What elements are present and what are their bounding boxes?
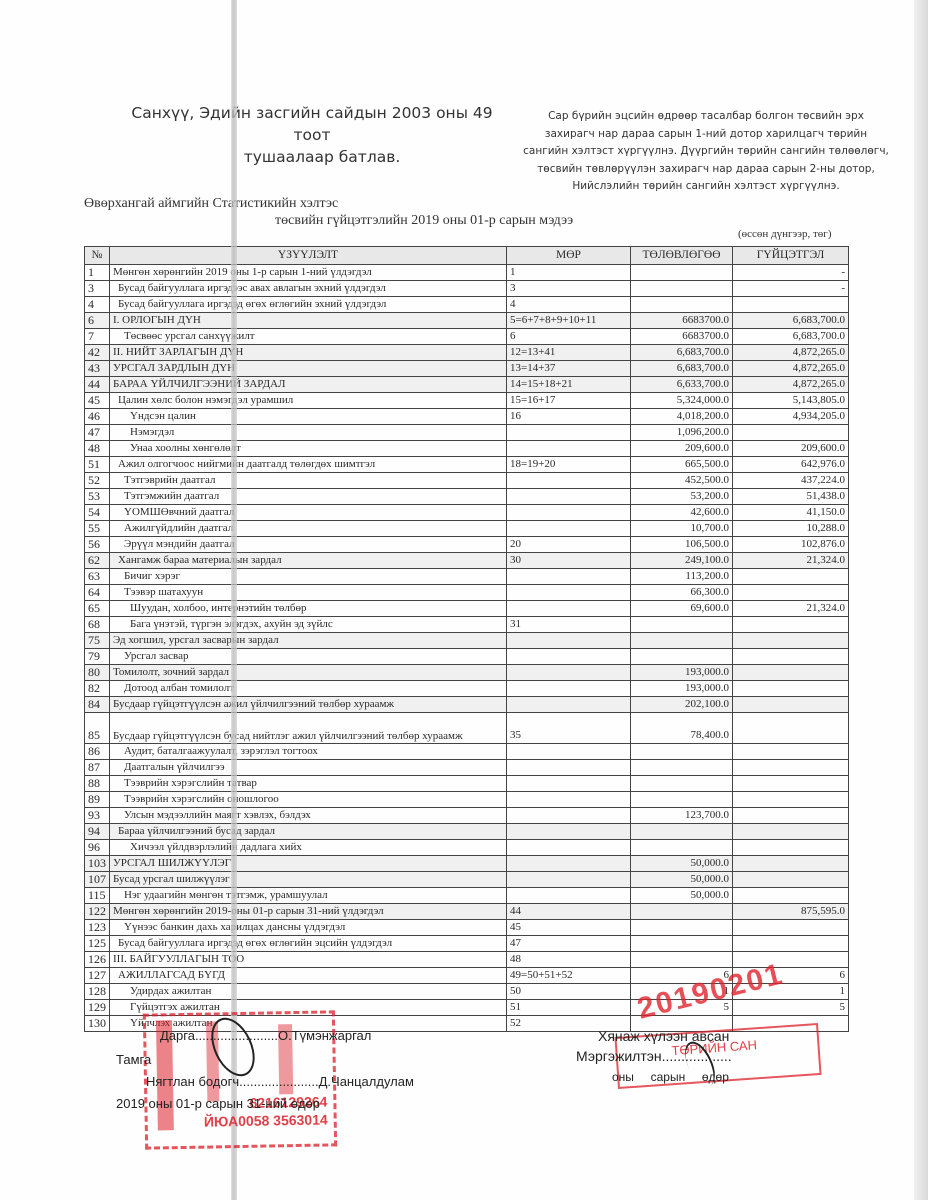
cell-number: 125 — [85, 936, 110, 952]
cell-plan: 50,000.0 — [631, 872, 733, 888]
cell-plan — [631, 904, 733, 920]
cell-actual — [733, 872, 849, 888]
cell-actual: 6,683,700.0 — [733, 313, 849, 329]
cell-plan: 78,400.0 — [631, 713, 733, 744]
table-row: 63Бичиг хэрэг113,200.0 — [85, 569, 849, 585]
cell-indicator: АЖИЛЛАГСАД БҮГД — [110, 968, 507, 984]
cell-actual: 4,872,265.0 — [733, 361, 849, 377]
cell-plan — [631, 952, 733, 968]
cell-actual: 102,876.0 — [733, 537, 849, 553]
cell-actual — [733, 744, 849, 760]
cell-number: 82 — [85, 681, 110, 697]
cell-indicator: Бичиг хэрэг — [110, 569, 507, 585]
cell-plan — [631, 744, 733, 760]
cell-row-formula: 12=13+41 — [507, 345, 631, 361]
cell-row-formula — [507, 840, 631, 856]
cell-row-formula — [507, 792, 631, 808]
note-line: Нийслэлийн төрийн сангийн хэлтэст хүргүү… — [506, 178, 906, 196]
cell-number: 75 — [85, 633, 110, 649]
cell-actual — [733, 920, 849, 936]
cell-row-formula — [507, 824, 631, 840]
cell-number: 85 — [85, 713, 110, 744]
report-title: төсвийн гүйцэтгэлийн 2019 оны 01-р сарын… — [275, 213, 573, 229]
table-row: 68Бага үнэтэй, түргэн элэгдэх, ахуйн эд … — [85, 617, 849, 633]
cell-indicator: Бусад байгууллага иргэдэд өгөх өглөгийн … — [110, 297, 507, 313]
cell-indicator: Ажил олгогчоос нийгмийн даатгалд төлөгдө… — [110, 457, 507, 473]
cell-row-formula — [507, 441, 631, 457]
note-line: Сар бүрийн эцсийн өдрөөр тасалбар болгон… — [506, 108, 906, 126]
cell-indicator: III. БАЙГУУЛЛАГЫН ТОО — [110, 952, 507, 968]
cell-plan: 665,500.0 — [631, 457, 733, 473]
cell-plan — [631, 265, 733, 281]
table-row: 65Шуудан, холбоо, интернэтийн төлбөр69,6… — [85, 601, 849, 617]
table-row: 86Аудит, баталгаажуулалт, зэрэглэл тогто… — [85, 744, 849, 760]
table-row: 64Тээвэр шатахуун66,300.0 — [85, 585, 849, 601]
cell-actual — [733, 425, 849, 441]
cell-number: 130 — [85, 1016, 110, 1032]
cell-actual — [733, 713, 849, 744]
cell-number: 107 — [85, 872, 110, 888]
cell-indicator: Дотоод албан томилолт — [110, 681, 507, 697]
cell-actual — [733, 808, 849, 824]
cell-plan — [631, 840, 733, 856]
cell-actual — [733, 936, 849, 952]
table-row: 51Ажил олгогчоос нийгмийн даатгалд төлөг… — [85, 457, 849, 473]
cell-plan: 209,600.0 — [631, 441, 733, 457]
cell-number: 1 — [85, 265, 110, 281]
cell-actual: 41,150.0 — [733, 505, 849, 521]
cell-actual: 642,976.0 — [733, 457, 849, 473]
cell-row-formula: 13=14+37 — [507, 361, 631, 377]
scan-edge — [914, 0, 928, 1200]
cell-indicator: Мөнгөн хөрөнгийн 2019-оны 01-р сарын 31-… — [110, 904, 507, 920]
cell-indicator: Томилолт, зочний зардал — [110, 665, 507, 681]
cell-number: 96 — [85, 840, 110, 856]
cell-number: 4 — [85, 297, 110, 313]
cell-plan — [631, 920, 733, 936]
cell-number: 68 — [85, 617, 110, 633]
cell-number: 45 — [85, 393, 110, 409]
cell-row-formula — [507, 856, 631, 872]
cell-indicator: Тээвэр шатахуун — [110, 585, 507, 601]
cell-plan: 6,683,700.0 — [631, 345, 733, 361]
cell-row-formula — [507, 633, 631, 649]
table-row: 52Тэтгэврийн даатгал452,500.0437,224.0 — [85, 473, 849, 489]
table-row: 43УРСГАЛ ЗАРДЛЫН ДҮН13=14+376,683,700.04… — [85, 361, 849, 377]
approval-line-2: тушаалаар батлав. — [112, 146, 512, 168]
cell-indicator: Бусад байгууллага иргэдэд өгөх өглөгийн … — [110, 936, 507, 952]
cell-row-formula — [507, 776, 631, 792]
cell-actual: 5 — [733, 1000, 849, 1016]
cell-plan — [631, 936, 733, 952]
cell-indicator: Улсын мэдээллийн маягт хэвлэх, бэлдэх — [110, 808, 507, 824]
organization-name: Өвөрхангай аймгийн Статистикийн хэлтэс — [84, 196, 338, 212]
table-row: 80Томилолт, зочний зардал193,000.0 — [85, 665, 849, 681]
cell-row-formula — [507, 649, 631, 665]
cell-row-formula: 45 — [507, 920, 631, 936]
cell-actual — [733, 697, 849, 713]
cell-plan: 5,324,000.0 — [631, 393, 733, 409]
cell-number: 43 — [85, 361, 110, 377]
cell-actual — [733, 856, 849, 872]
cell-number: 56 — [85, 537, 110, 553]
cell-indicator: I. ОРЛОГЫН ДҮН — [110, 313, 507, 329]
cell-row-formula: 47 — [507, 936, 631, 952]
cell-number: 122 — [85, 904, 110, 920]
cell-plan: 50,000.0 — [631, 888, 733, 904]
table-row: 7Төсвөөс урсгал санхүүжилт66683700.06,68… — [85, 329, 849, 345]
cell-indicator: Бага үнэтэй, түргэн элэгдэх, ахуйн эд зү… — [110, 617, 507, 633]
cell-indicator: ҮОМШӨвчний даатгал — [110, 505, 507, 521]
cell-indicator: Үндсэн цалин — [110, 409, 507, 425]
cell-row-formula: 1 — [507, 265, 631, 281]
table-row: 125Бусад байгууллага иргэдэд өгөх өглөги… — [85, 936, 849, 952]
cell-indicator: Бусдаар гүйцэтгүүлсэн бусад нийтлэг ажил… — [110, 713, 507, 744]
table-row: 93Улсын мэдээллийн маягт хэвлэх, бэлдэх1… — [85, 808, 849, 824]
cell-number: 64 — [85, 585, 110, 601]
cell-actual: 10,288.0 — [733, 521, 849, 537]
cell-indicator: Унаа хоолны хөнгөлөлт — [110, 441, 507, 457]
cell-actual — [733, 617, 849, 633]
cell-row-formula: 51 — [507, 1000, 631, 1016]
cell-actual: 437,224.0 — [733, 473, 849, 489]
cell-number: 7 — [85, 329, 110, 345]
table-row: 87Даатгалын үйлчилгээ — [85, 760, 849, 776]
cell-plan — [631, 824, 733, 840]
cell-row-formula: 14=15+18+21 — [507, 377, 631, 393]
cell-number: 6 — [85, 313, 110, 329]
table-row: 107Бусад урсгал шилжүүлэг50,000.0 — [85, 872, 849, 888]
cell-indicator: Хичээл үйлдвэрлэлийн дадлага хийх — [110, 840, 507, 856]
director-signature-line: Дарга.......................О.Түмэнжарга… — [160, 1028, 371, 1043]
cell-plan: 193,000.0 — [631, 681, 733, 697]
cell-actual — [733, 792, 849, 808]
cell-plan — [631, 297, 733, 313]
note-line: сангийн хэлтэст хүргүүлнэ. Дүүргийн төри… — [506, 143, 906, 161]
table-row: 88Тээврийн хэрэгслийн татвар — [85, 776, 849, 792]
table-row: 53Тэтгэмжийн даатгал53,200.051,438.0 — [85, 489, 849, 505]
cell-plan — [631, 649, 733, 665]
cell-plan: 10,700.0 — [631, 521, 733, 537]
cell-plan: 42,600.0 — [631, 505, 733, 521]
cell-indicator: Даатгалын үйлчилгээ — [110, 760, 507, 776]
cell-row-formula — [507, 585, 631, 601]
table-row: 85Бусдаар гүйцэтгүүлсэн бусад нийтлэг аж… — [85, 713, 849, 744]
cell-number: 65 — [85, 601, 110, 617]
cell-row-formula — [507, 744, 631, 760]
cell-number: 55 — [85, 521, 110, 537]
cell-actual — [733, 569, 849, 585]
cell-actual — [733, 681, 849, 697]
budget-table: № ҮЗҮҮЛЭЛТ МӨР ТӨЛӨВЛӨГӨӨ ГҮЙЦЭТГЭЛ 1Мөн… — [84, 246, 849, 1032]
cell-number: 127 — [85, 968, 110, 984]
cell-plan: 452,500.0 — [631, 473, 733, 489]
cell-number: 54 — [85, 505, 110, 521]
cell-row-formula — [507, 665, 631, 681]
col-header-indicator: ҮЗҮҮЛЭЛТ — [110, 247, 507, 265]
cell-row-formula: 4 — [507, 297, 631, 313]
cell-number: 89 — [85, 792, 110, 808]
cell-actual — [733, 649, 849, 665]
cell-row-formula: 3 — [507, 281, 631, 297]
cell-row-formula — [507, 489, 631, 505]
cell-number: 51 — [85, 457, 110, 473]
cell-row-formula: 5=6+7+8+9+10+11 — [507, 313, 631, 329]
cell-indicator: Эрүүл мэндийн даатгал — [110, 537, 507, 553]
table-row: 54ҮОМШӨвчний даатгал42,600.041,150.0 — [85, 505, 849, 521]
table-header-row: № ҮЗҮҮЛЭЛТ МӨР ТӨЛӨВЛӨГӨӨ ГҮЙЦЭТГЭЛ — [85, 247, 849, 265]
cell-row-formula — [507, 569, 631, 585]
cell-indicator: Бусдаар гүйцэтгүүлсэн ажил үйлчилгээний … — [110, 697, 507, 713]
cell-row-formula: 49=50+51+52 — [507, 968, 631, 984]
cell-number: 63 — [85, 569, 110, 585]
cell-row-formula — [507, 505, 631, 521]
cell-plan: 1,096,200.0 — [631, 425, 733, 441]
cell-number: 128 — [85, 984, 110, 1000]
cell-row-formula: 50 — [507, 984, 631, 1000]
cell-actual — [733, 665, 849, 681]
cell-indicator: Тээврийн хэрэгслийн оношлогоо — [110, 792, 507, 808]
cell-plan: 6,633,700.0 — [631, 377, 733, 393]
cell-indicator: Үүнээс банкин дахь харилцах дансны үлдэг… — [110, 920, 507, 936]
cell-row-formula — [507, 872, 631, 888]
cell-actual: 4,872,265.0 — [733, 377, 849, 393]
cell-number: 126 — [85, 952, 110, 968]
cell-indicator: Цалин хөлс болон нэмэгдэл урамшил — [110, 393, 507, 409]
cell-indicator: Эд хогшил, урсгал засварын зардал — [110, 633, 507, 649]
cell-actual — [733, 776, 849, 792]
table-row: 123Үүнээс банкин дахь харилцах дансны үл… — [85, 920, 849, 936]
cell-number: 94 — [85, 824, 110, 840]
table-row: 96Хичээл үйлдвэрлэлийн дадлага хийх — [85, 840, 849, 856]
review-date-line: оны сарын өдөр — [612, 1070, 729, 1084]
report-date: 2019 оны 01-р сарын 31-ний өдөр — [116, 1096, 320, 1111]
cell-row-formula: 20 — [507, 537, 631, 553]
cell-row-formula: 31 — [507, 617, 631, 633]
cell-indicator: Тээврийн хэрэгслийн татвар — [110, 776, 507, 792]
approval-heading: Санхүү, Эдийн засгийн сайдын 2003 оны 49… — [112, 102, 512, 168]
cell-row-formula — [507, 808, 631, 824]
cell-plan: 249,100.0 — [631, 553, 733, 569]
cell-row-formula: 35 — [507, 713, 631, 744]
table-row: 44БАРАА ҮЙЛЧИЛГЭЭНИЙ ЗАРДАЛ14=15+18+216,… — [85, 377, 849, 393]
table-row: 45Цалин хөлс болон нэмэгдэл урамшил15=16… — [85, 393, 849, 409]
cell-number: 86 — [85, 744, 110, 760]
cell-row-formula — [507, 697, 631, 713]
cell-row-formula: 18=19+20 — [507, 457, 631, 473]
table-row: 6I. ОРЛОГЫН ДҮН5=6+7+8+9+10+116683700.06… — [85, 313, 849, 329]
table-row: 89Тээврийн хэрэгслийн оношлогоо — [85, 792, 849, 808]
cell-plan — [631, 776, 733, 792]
table-row: 115Нэг удаагийн мөнгөн тэтгэмж, урамшуул… — [85, 888, 849, 904]
cell-plan: 4,018,200.0 — [631, 409, 733, 425]
cell-plan: 113,200.0 — [631, 569, 733, 585]
cell-indicator: Нэмэгдэл — [110, 425, 507, 441]
cell-actual: 4,934,205.0 — [733, 409, 849, 425]
cell-number: 53 — [85, 489, 110, 505]
table-row: 48Унаа хоолны хөнгөлөлт209,600.0209,600.… — [85, 441, 849, 457]
cell-indicator: Тэтгэмжийн даатгал — [110, 489, 507, 505]
cell-row-formula: 15=16+17 — [507, 393, 631, 409]
seal-label: Тамга — [116, 1052, 151, 1067]
cell-plan — [631, 281, 733, 297]
cell-actual — [733, 297, 849, 313]
cell-actual — [733, 633, 849, 649]
cell-actual — [733, 585, 849, 601]
cell-indicator: УРСГАЛ ШИЛЖҮҮЛЭГ — [110, 856, 507, 872]
table-row: 4Бусад байгууллага иргэдэд өгөх өглөгийн… — [85, 297, 849, 313]
cell-actual — [733, 824, 849, 840]
cell-plan: 202,100.0 — [631, 697, 733, 713]
cell-number: 52 — [85, 473, 110, 489]
cell-number: 129 — [85, 1000, 110, 1016]
cell-row-formula — [507, 681, 631, 697]
cell-plan: 69,600.0 — [631, 601, 733, 617]
cell-row-formula — [507, 760, 631, 776]
cell-number: 103 — [85, 856, 110, 872]
cell-indicator: Төсвөөс урсгал санхүүжилт — [110, 329, 507, 345]
cell-number: 115 — [85, 888, 110, 904]
seal-code-2: ЙЮА0058 3563014 — [204, 1111, 328, 1129]
cell-actual: 209,600.0 — [733, 441, 849, 457]
cell-row-formula: 6 — [507, 329, 631, 345]
col-header-no: № — [85, 247, 110, 265]
cell-number: 46 — [85, 409, 110, 425]
cell-row-formula — [507, 601, 631, 617]
cell-plan: 6,683,700.0 — [631, 361, 733, 377]
cell-actual: 4,872,265.0 — [733, 345, 849, 361]
cell-number: 3 — [85, 281, 110, 297]
accountant-signature-line: Нягтлан бодогч......................Д.Ча… — [146, 1074, 414, 1089]
submission-note: Сар бүрийн эцсийн өдрөөр тасалбар болгон… — [506, 108, 906, 196]
cell-indicator: Бусад урсгал шилжүүлэг — [110, 872, 507, 888]
cell-indicator: Аудит, баталгаажуулалт, зэрэглэл тогтоох — [110, 744, 507, 760]
cell-indicator: II. НИЙТ ЗАРЛАГЫН ДҮН — [110, 345, 507, 361]
cell-indicator: Мөнгөн хөрөнгийн 2019 оны 1-р сарын 1-ни… — [110, 265, 507, 281]
cell-number: 48 — [85, 441, 110, 457]
cell-indicator: Шуудан, холбоо, интернэтийн төлбөр — [110, 601, 507, 617]
table-row: 46Үндсэн цалин164,018,200.04,934,205.0 — [85, 409, 849, 425]
table-row: 82Дотоод албан томилолт193,000.0 — [85, 681, 849, 697]
cell-plan — [631, 760, 733, 776]
cell-number: 42 — [85, 345, 110, 361]
table-row: 1Мөнгөн хөрөнгийн 2019 оны 1-р сарын 1-н… — [85, 265, 849, 281]
cell-indicator: УРСГАЛ ЗАРДЛЫН ДҮН — [110, 361, 507, 377]
cell-row-formula: 30 — [507, 553, 631, 569]
cell-number: 62 — [85, 553, 110, 569]
cell-actual — [733, 760, 849, 776]
cell-actual: 875,595.0 — [733, 904, 849, 920]
table-row: 79Урсгал засвар — [85, 649, 849, 665]
cell-actual — [733, 888, 849, 904]
cell-row-formula: 44 — [507, 904, 631, 920]
note-line: захирагч нар дараа сарын 1-ний дотор хар… — [506, 126, 906, 144]
cell-actual: 21,324.0 — [733, 553, 849, 569]
cell-actual: 21,324.0 — [733, 601, 849, 617]
reviewed-label: Хянаж хүлээн авсан — [598, 1028, 729, 1044]
cell-number: 80 — [85, 665, 110, 681]
cell-row-formula — [507, 521, 631, 537]
cell-plan: 6683700.0 — [631, 329, 733, 345]
cell-indicator: Удирдах ажилтан — [110, 984, 507, 1000]
cell-indicator: Тэтгэврийн даатгал — [110, 473, 507, 489]
cell-number: 93 — [85, 808, 110, 824]
cell-number: 84 — [85, 697, 110, 713]
cell-actual: 5,143,805.0 — [733, 393, 849, 409]
table-row: 3Бусад байгууллага иргэдээс авах авлагын… — [85, 281, 849, 297]
cell-indicator: Бараа үйлчилгээний бусад зардал — [110, 824, 507, 840]
cell-plan: 53,200.0 — [631, 489, 733, 505]
table-row: 55Ажилгүйдлийн даатгал10,700.010,288.0 — [85, 521, 849, 537]
cell-indicator: Урсгал засвар — [110, 649, 507, 665]
col-header-row: МӨР — [507, 247, 631, 265]
table-row: 84Бусдаар гүйцэтгүүлсэн ажил үйлчилгээни… — [85, 697, 849, 713]
cell-number: 88 — [85, 776, 110, 792]
cell-plan: 193,000.0 — [631, 665, 733, 681]
col-header-actual: ГҮЙЦЭТГЭЛ — [733, 247, 849, 265]
cell-plan: 6683700.0 — [631, 313, 733, 329]
approval-line-1: Санхүү, Эдийн засгийн сайдын 2003 оны 49… — [112, 102, 512, 146]
cell-row-formula — [507, 888, 631, 904]
cell-plan: 123,700.0 — [631, 808, 733, 824]
table-row: 122Мөнгөн хөрөнгийн 2019-оны 01-р сарын … — [85, 904, 849, 920]
table-row: 62Хангамж бараа материалын зардал30249,1… — [85, 553, 849, 569]
cell-row-formula — [507, 473, 631, 489]
cell-indicator: Нэг удаагийн мөнгөн тэтгэмж, урамшуулал — [110, 888, 507, 904]
table-row: 75Эд хогшил, урсгал засварын зардал — [85, 633, 849, 649]
cell-plan: 50,000.0 — [631, 856, 733, 872]
cell-row-formula — [507, 425, 631, 441]
table-row: 47Нэмэгдэл1,096,200.0 — [85, 425, 849, 441]
specialist-signature-line: Мэргэжилтэн.................. — [576, 1048, 732, 1064]
table-row: 94Бараа үйлчилгээний бусад зардал — [85, 824, 849, 840]
cell-number: 87 — [85, 760, 110, 776]
cell-actual: 51,438.0 — [733, 489, 849, 505]
cell-actual: - — [733, 281, 849, 297]
cell-actual: - — [733, 265, 849, 281]
cell-number: 47 — [85, 425, 110, 441]
cell-row-formula: 48 — [507, 952, 631, 968]
cell-plan — [631, 792, 733, 808]
col-header-plan: ТӨЛӨВЛӨГӨӨ — [631, 247, 733, 265]
cell-actual — [733, 840, 849, 856]
cell-number: 44 — [85, 377, 110, 393]
table-row: 103УРСГАЛ ШИЛЖҮҮЛЭГ50,000.0 — [85, 856, 849, 872]
cell-plan — [631, 633, 733, 649]
cell-row-formula: 16 — [507, 409, 631, 425]
cell-actual: 6,683,700.0 — [733, 329, 849, 345]
cell-plan: 66,300.0 — [631, 585, 733, 601]
cell-number: 79 — [85, 649, 110, 665]
cell-indicator: БАРАА ҮЙЛЧИЛГЭЭНИЙ ЗАРДАЛ — [110, 377, 507, 393]
cell-indicator: Ажилгүйдлийн даатгал — [110, 521, 507, 537]
cell-indicator: Хангамж бараа материалын зардал — [110, 553, 507, 569]
cell-plan — [631, 617, 733, 633]
cell-plan: 106,500.0 — [631, 537, 733, 553]
unit-label: (өссөн дүнгээр, төг) — [738, 228, 831, 240]
cell-indicator: Бусад байгууллага иргэдээс авах авлагын … — [110, 281, 507, 297]
cell-number: 123 — [85, 920, 110, 936]
table-row: 42II. НИЙТ ЗАРЛАГЫН ДҮН12=13+416,683,700… — [85, 345, 849, 361]
note-line: төсвийн төвлөрүүлэн захирагч нар дараа с… — [506, 161, 906, 179]
table-body: 1Мөнгөн хөрөнгийн 2019 оны 1-р сарын 1-н… — [85, 265, 849, 1032]
table-row: 126III. БАЙГУУЛЛАГЫН ТОО48 — [85, 952, 849, 968]
table-row: 56Эрүүл мэндийн даатгал20106,500.0102,87… — [85, 537, 849, 553]
